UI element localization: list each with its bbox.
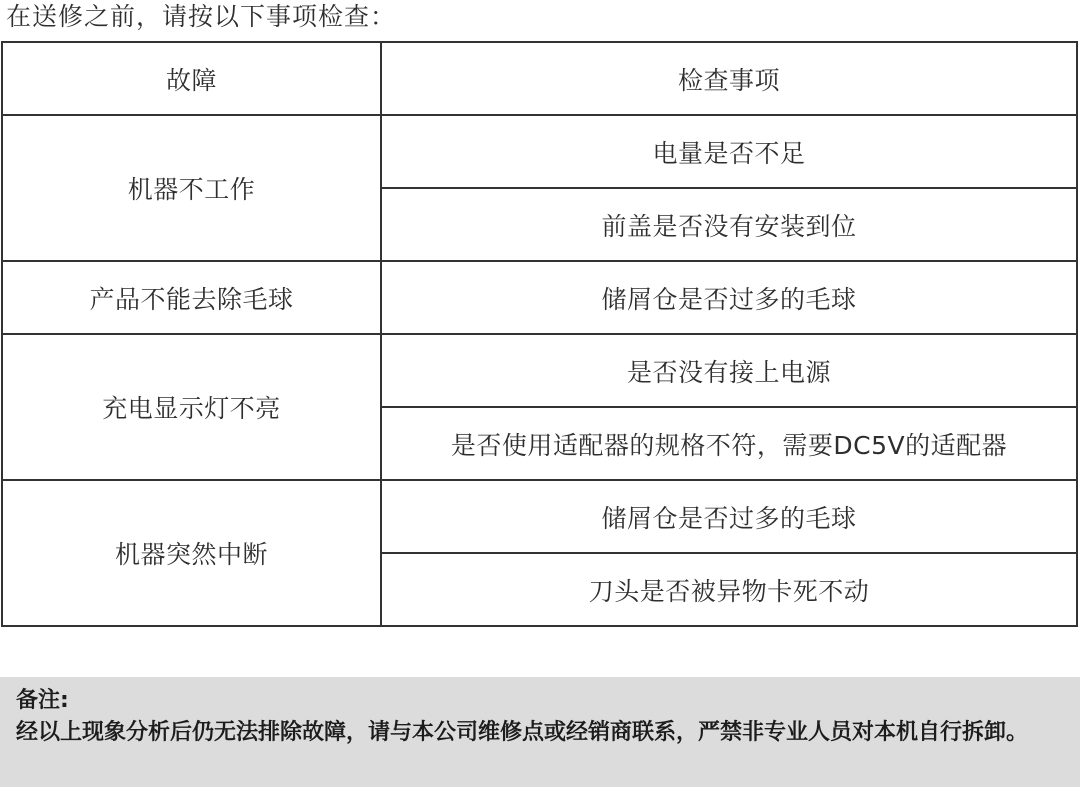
header-fault: 故障 xyxy=(2,42,381,115)
note-body: 经以上现象分析后仍无法排除故障，请与本公司维修点或经销商联系，严禁非专业人员对本… xyxy=(0,717,1080,749)
check-cell: 前盖是否没有安装到位 xyxy=(381,188,1077,261)
fault-cell: 机器不工作 xyxy=(2,115,381,261)
header-check: 检查事项 xyxy=(381,42,1077,115)
table-row: 产品不能去除毛球 储屑仓是否过多的毛球 xyxy=(2,261,1077,334)
fault-cell: 充电显示灯不亮 xyxy=(2,334,381,480)
intro-text: 在送修之前，请按以下事项检查： xyxy=(6,0,396,34)
fault-cell: 产品不能去除毛球 xyxy=(2,261,381,334)
table-row: 机器不工作 电量是否不足 xyxy=(2,115,1077,188)
check-cell: 是否使用适配器的规格不符，需要DC5V的适配器 xyxy=(381,407,1077,480)
check-cell: 刀头是否被异物卡死不动 xyxy=(381,553,1077,626)
check-cell: 储屑仓是否过多的毛球 xyxy=(381,480,1077,553)
note-box: 备注: 经以上现象分析后仍无法排除故障，请与本公司维修点或经销商联系，严禁非专业… xyxy=(0,677,1080,787)
check-cell: 是否没有接上电源 xyxy=(381,334,1077,407)
fault-cell: 机器突然中断 xyxy=(2,480,381,626)
table-row: 机器突然中断 储屑仓是否过多的毛球 xyxy=(2,480,1077,553)
check-cell: 电量是否不足 xyxy=(381,115,1077,188)
table-row: 充电显示灯不亮 是否没有接上电源 xyxy=(2,334,1077,407)
table-header-row: 故障 检查事项 xyxy=(2,42,1077,115)
troubleshooting-table: 故障 检查事项 机器不工作 电量是否不足 前盖是否没有安装到位 产品不能去除毛球… xyxy=(1,41,1078,627)
check-cell: 储屑仓是否过多的毛球 xyxy=(381,261,1077,334)
note-title: 备注: xyxy=(0,677,1080,717)
